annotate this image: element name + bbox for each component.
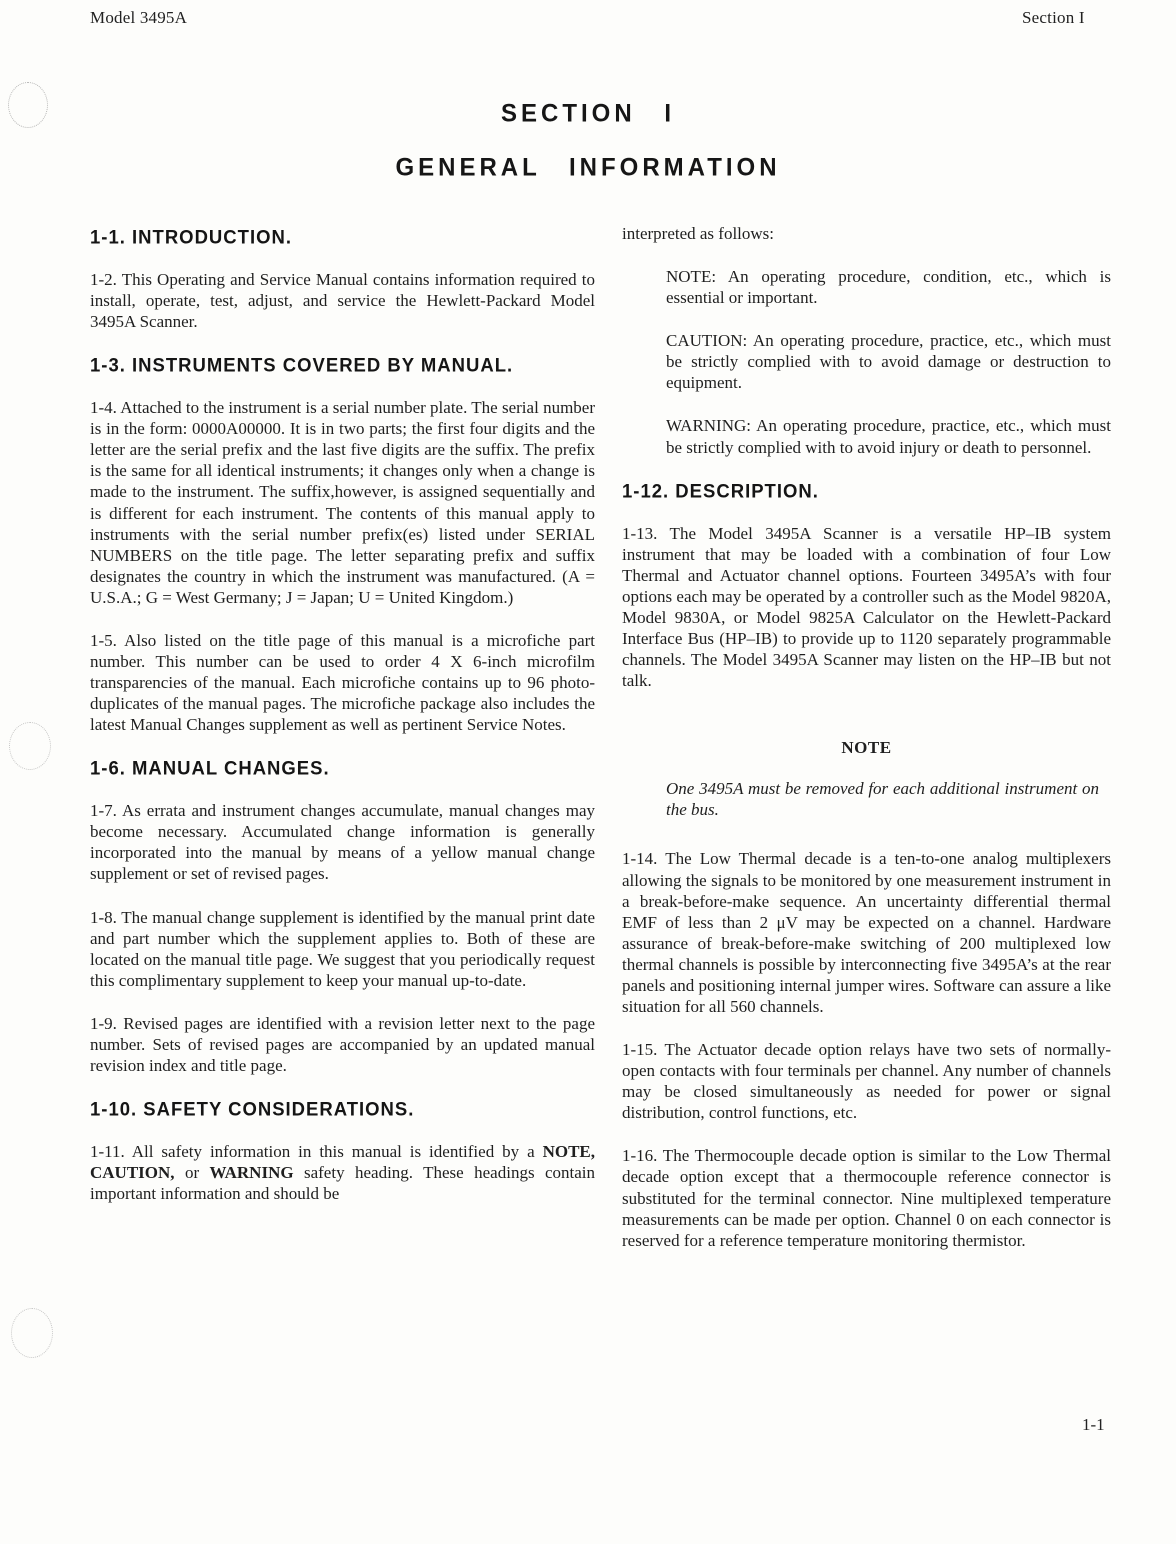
paragraph-1-14: 1-14. The Low Thermal decade is a ten-to… xyxy=(622,848,1111,1017)
manual-page: Model 3495A Section I SECTION I GENERAL … xyxy=(0,0,1176,1544)
note-body: One 3495A must be removed for each addit… xyxy=(666,778,1099,820)
header-section: Section I xyxy=(1022,8,1085,28)
caution-definition: CAUTION: An operating procedure, practic… xyxy=(666,330,1111,393)
scan-artifact-ring-middle xyxy=(9,722,51,770)
right-column: interpreted as follows: NOTE: An operati… xyxy=(622,223,1111,1273)
paragraph-1-11-continuation: interpreted as follows: xyxy=(622,223,1111,244)
header-model: Model 3495A xyxy=(90,8,187,28)
paragraph-1-16: 1-16. The Thermocouple decade option is … xyxy=(622,1145,1111,1250)
paragraph-1-11: 1-11. All safety information in this man… xyxy=(90,1141,595,1204)
section-title-block: SECTION I GENERAL INFORMATION xyxy=(0,100,1176,208)
note-heading: NOTE xyxy=(622,737,1111,758)
paragraph-1-13: 1-13. The Model 3495A Scanner is a versa… xyxy=(622,523,1111,692)
heading-description: 1-12. DESCRIPTION. xyxy=(622,480,1111,504)
heading-manual-changes: 1-6. MANUAL CHANGES. xyxy=(90,757,595,781)
heading-instruments-covered: 1-3. INSTRUMENTS COVERED BY MANUAL. xyxy=(90,354,595,378)
paragraph-1-2: 1-2. This Operating and Service Manual c… xyxy=(90,269,595,332)
paragraph-1-8: 1-8. The manual change supplement is ide… xyxy=(90,907,595,991)
scan-artifact-ring-bottom xyxy=(11,1308,53,1358)
section-subtitle: GENERAL INFORMATION xyxy=(0,153,1176,182)
left-column: 1-1. INTRODUCTION. 1-2. This Operating a… xyxy=(90,223,595,1226)
paragraph-1-7: 1-7. As errata and instrument changes ac… xyxy=(90,800,595,884)
page-number: 1-1 xyxy=(1082,1415,1105,1435)
section-title: SECTION I xyxy=(0,99,1176,128)
heading-safety-considerations: 1-10. SAFETY CONSIDERATIONS. xyxy=(90,1098,595,1122)
heading-introduction: 1-1. INTRODUCTION. xyxy=(90,226,595,250)
warning-definition: WARNING: An operating procedure, practic… xyxy=(666,415,1111,457)
paragraph-1-4: 1-4. Attached to the instrument is a ser… xyxy=(90,397,595,608)
paragraph-1-5: 1-5. Also listed on the title page of th… xyxy=(90,630,595,735)
note-definition: NOTE: An operating procedure, condition,… xyxy=(666,266,1111,308)
paragraph-1-9: 1-9. Revised pages are identified with a… xyxy=(90,1013,595,1076)
paragraph-1-15: 1-15. The Actuator decade option relays … xyxy=(622,1039,1111,1123)
